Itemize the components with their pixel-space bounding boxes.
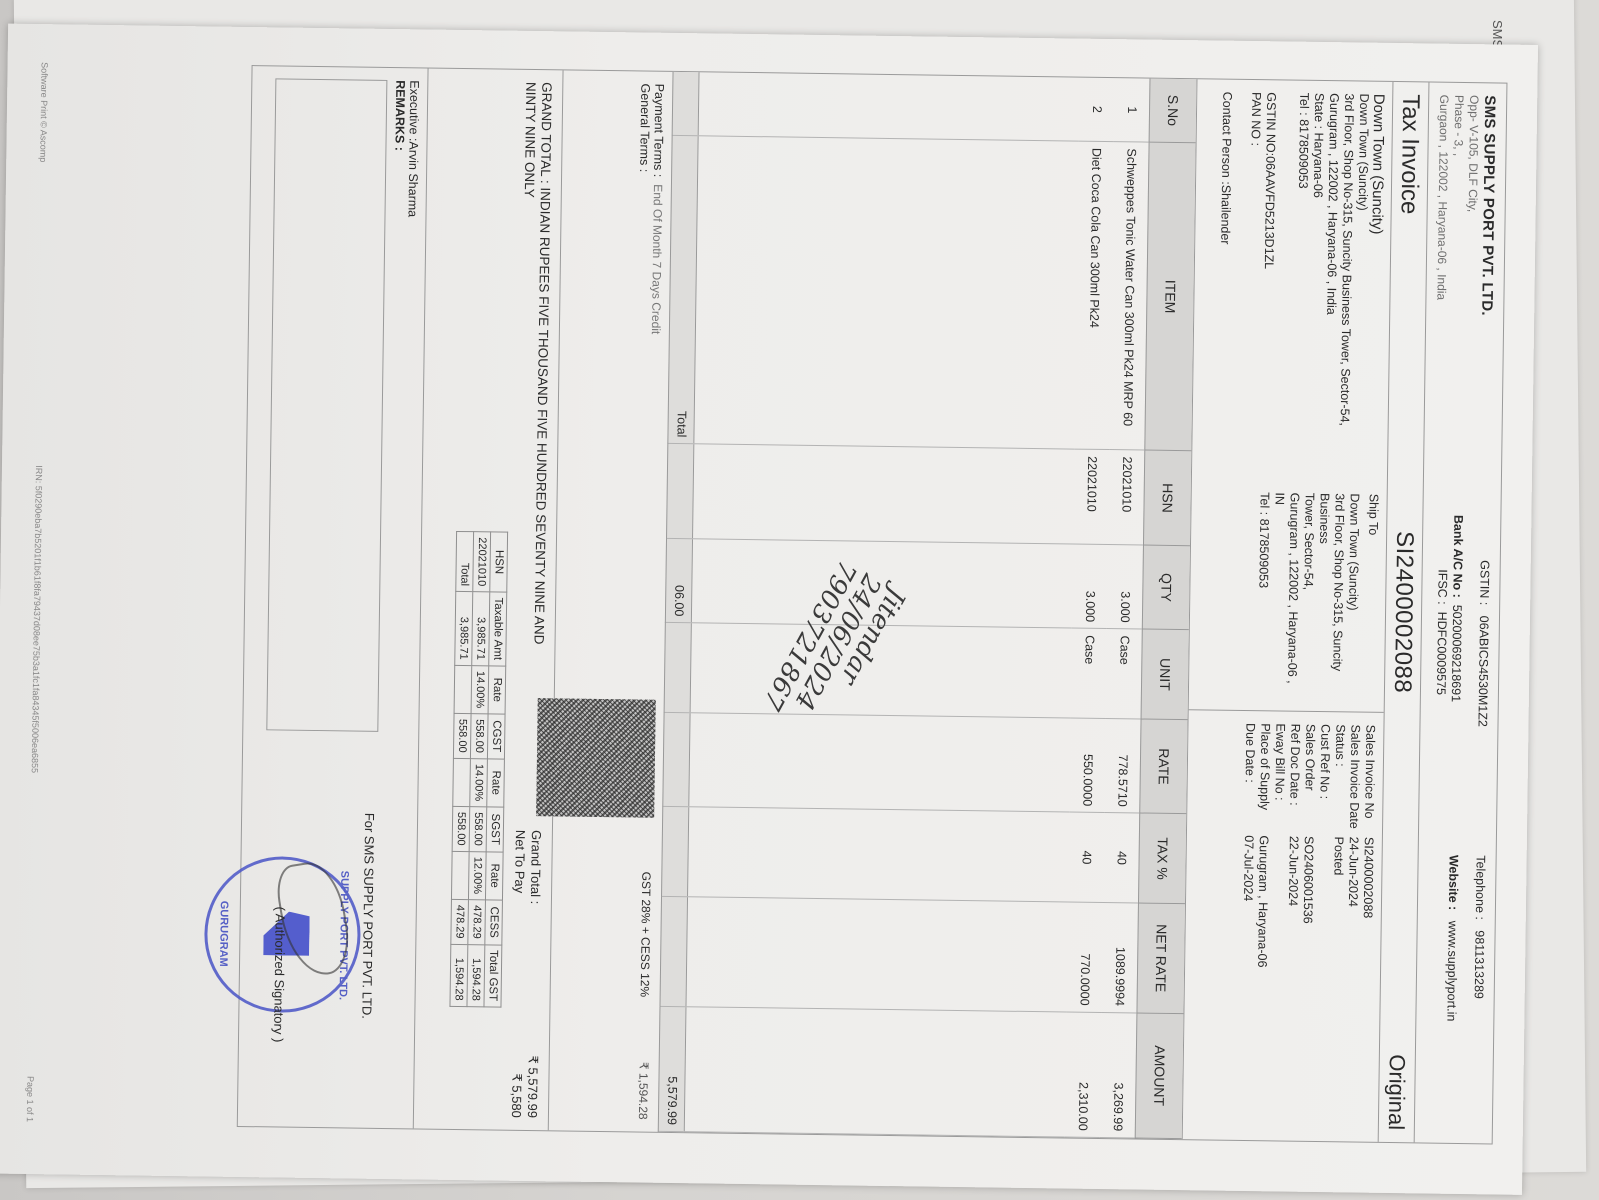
invoice-meta: Sales Invoice NoSI2400002088Sales Invoic… [1183, 709, 1384, 1142]
total-empty [662, 807, 689, 897]
cell-item: Schweppes Tonic Water Can 300ml Pk24 MRP… [1109, 142, 1149, 451]
tax-total-cell [453, 758, 471, 807]
cell-rate: 778.5710 [1104, 718, 1141, 813]
total-amount: 5,579.99 [658, 1006, 686, 1132]
authorized-signatory: ( Authorized Signatory ) [271, 906, 288, 1042]
meta-label: Ref Doc Date : [1286, 724, 1303, 836]
tax-cell: 558.00 [469, 807, 487, 852]
tax-total-cell: 1,594.28 [450, 944, 468, 1006]
cell-sno: 2 [1079, 78, 1115, 142]
meta-label: Sales Invoice Date [1346, 724, 1363, 836]
print-footer: Software Print © Ascomp IRN: 5f0290eba7b… [25, 62, 50, 1122]
cell-net-rate: 1089.9994 [1101, 902, 1138, 1012]
ifsc-label: IFSC : [1434, 515, 1450, 605]
tax-cell: 1,594.28 [467, 944, 485, 1006]
footer-section: Executive :Arvin Sharma REMARKS : For SM… [238, 66, 428, 1128]
tax-cell: 3,985.71 [472, 592, 490, 666]
total-empty [663, 712, 690, 807]
payment-terms-value: End Of Month 7 Days Credit [649, 184, 665, 334]
invoice-page: SMS SUPPLY PORT PVT. LTD. Opp- V-105, DL… [0, 24, 1538, 1195]
ship-to-line: 3rd Floor, Shop No-315, Suncity Business [1314, 493, 1347, 699]
cell-unit: Case [1106, 629, 1143, 719]
cell-amount: 2,310.00 [1065, 1012, 1102, 1138]
items-header: AMOUNT [1135, 1013, 1183, 1139]
tax-cell: 14.00% [471, 665, 489, 714]
for-company: For SMS SUPPLY PORT PVT. LTD. [359, 813, 377, 1019]
telephone-label: Telephone : [1473, 855, 1488, 920]
meta-label: Sales Invoice No [1361, 725, 1378, 837]
meta-label: Eway Bill No : [1271, 723, 1288, 835]
tax-header: Rate [488, 666, 506, 715]
items-header: ITEM [1145, 142, 1196, 451]
items-header: RATE [1140, 719, 1188, 814]
cell-net-rate: 770.0000 [1066, 902, 1103, 1012]
gst-note: GST 28% + CESS 12% [638, 872, 654, 998]
payment-terms-label: Payment Terms : [651, 84, 666, 178]
party-section: Down Town (Suncity) Down Town (Suncity) … [1182, 79, 1393, 1142]
tax-total-cell: 558.00 [452, 806, 470, 851]
meta-value: SI2400002088 [1359, 837, 1376, 977]
items-table: S.NoITEMHSNQTYUNITRATETAX %NET RATEAMOUN… [658, 72, 1197, 1139]
ship-to-line: Tel : 8178509053 [1254, 492, 1272, 698]
tax-cell: 14.00% [470, 758, 488, 807]
total-empty [664, 623, 691, 713]
cell-tax: 40 [1103, 813, 1140, 903]
gstin-label: GSTIN : [1476, 515, 1492, 605]
total-item: Total [668, 135, 698, 444]
tax-total-cell: 3,985.71 [455, 591, 473, 665]
tax-header: Total GST [484, 944, 502, 1006]
ifsc-code: HDFC0009575 [1434, 612, 1449, 696]
cell-hsn: 22021010 [1108, 450, 1145, 545]
copy-label: Original [1383, 785, 1414, 1131]
meta-value: 22-Jun-2024 [1284, 836, 1301, 976]
website-label: Website : [1446, 855, 1461, 911]
tax-cell: 12.00% [468, 851, 486, 900]
tax-summary-table: HSNTaxable AmtRateCGSTRateSGSTRateCESSTo… [449, 531, 508, 1007]
tax-total-cell [454, 665, 472, 714]
irn: IRN: 5f0290eba7b5201f1b61f8fa79437d08ee7… [30, 465, 44, 773]
tax-header: Taxable Amt [489, 592, 507, 666]
tax-header: Rate [487, 758, 505, 807]
telephone: 9811313289 [1472, 930, 1487, 999]
qr-code [536, 698, 656, 818]
invoice-number: SI2400002088 [1387, 439, 1420, 785]
terms-section: Payment Terms : End Of Month 7 Days Cred… [548, 70, 673, 1131]
bill-to: Down Town (Suncity) Down Town (Suncity) … [1192, 79, 1393, 482]
page-note: Page 1 of 1 [25, 1076, 36, 1122]
meta-label: Due Date : [1241, 723, 1258, 835]
items-header: TAX % [1138, 813, 1186, 903]
ship-to-label: Ship To [1363, 494, 1381, 700]
seal-bottom-text: GURUGRAM [216, 859, 230, 1009]
remarks-box [266, 78, 387, 732]
website: www.supplyport.in [1444, 921, 1459, 1022]
meta-label: Place of Supply [1256, 723, 1273, 835]
invoice-meta-table: Sales Invoice NoSI2400002088Sales Invoic… [1239, 723, 1378, 977]
total-empty [672, 72, 699, 136]
cell-unit: Case [1071, 628, 1107, 718]
tax-header: Rate [485, 851, 503, 900]
meta-label: Sales Order [1301, 724, 1318, 836]
total-qty: 06.00 [665, 538, 692, 623]
items-header: QTY [1142, 545, 1190, 630]
meta-value [1269, 836, 1286, 976]
tax-cell: 22021010 [473, 532, 491, 592]
cell-qty: 3.000 [1107, 544, 1144, 629]
tax-total-cell: 478.29 [451, 899, 469, 944]
meta-value [1314, 836, 1331, 976]
total-empty [660, 896, 688, 1006]
net-to-pay-label: Net To Pay [511, 830, 528, 904]
items-header: UNIT [1141, 629, 1189, 719]
document-title: Tax Invoice [1392, 94, 1425, 440]
contact-person: Contact Person :Shailender [1214, 92, 1234, 468]
tax-total-cell [451, 851, 469, 900]
company-header: SMS SUPPLY PORT PVT. LTD. Opp- V-105, DL… [1414, 82, 1507, 1143]
meta-label: Cust Ref No : [1316, 724, 1333, 836]
meta-value: Posted [1329, 836, 1346, 976]
cell-sno: 1 [1114, 78, 1150, 142]
cell-item: Diet Coca Cola Can 300ml Pk24 [1074, 141, 1113, 450]
tax-header: CGST [487, 714, 505, 759]
print-note: Software Print © Ascomp [38, 62, 49, 162]
tax-header: SGST [486, 807, 504, 852]
cell-qty: 3.000 [1072, 544, 1108, 629]
cell-rate: 550.0000 [1069, 718, 1105, 813]
meta-value: SO2406001536 [1299, 836, 1316, 976]
cell-tax: 40 [1068, 812, 1104, 902]
ship-to: Ship To Down Town (Suncity) 3rd Floor, S… [1189, 479, 1387, 712]
bank-label: Bank A/C No : [1450, 515, 1465, 598]
items-header: S.No [1149, 79, 1196, 143]
meta-value: 24-Jun-2024 [1344, 837, 1361, 977]
items-header: NET RATE [1137, 903, 1185, 1013]
tax-header: HSN [490, 532, 508, 592]
tax-cell: 558.00 [470, 714, 488, 759]
tax-total-cell: 558.00 [453, 713, 471, 758]
ship-to-line: Tower, Sector-54, [1299, 493, 1317, 699]
net-to-pay-value: ₹ 5,580 [508, 1055, 525, 1118]
tax-cell: 478.29 [468, 900, 486, 945]
ship-to-line: Down Town (Suncity) [1344, 493, 1362, 699]
meta-value: Gurugram , Haryana-06 [1254, 835, 1271, 975]
cell-amount: 3,269.99 [1100, 1012, 1137, 1138]
gst-amount: ₹ 1,594.28 [636, 1062, 651, 1120]
tax-total-cell: Total [456, 531, 474, 591]
company-gstin: 06ABICS4530M1Z2 [1475, 616, 1491, 727]
ship-to-line: Gurugram , 122002 , Haryana-06 , IN [1269, 492, 1302, 698]
bank-account: 50200069218691 [1449, 605, 1464, 703]
grand-total-value: ₹ 5,579.99 [524, 1055, 541, 1118]
tax-header: CESS [485, 900, 503, 945]
items-header: HSN [1143, 450, 1191, 545]
grand-total-label: Grand Total : [527, 830, 544, 904]
meta-label: Status : [1331, 724, 1348, 836]
cell-hsn: 22021010 [1073, 449, 1109, 544]
total-empty [667, 444, 694, 539]
grand-total-section: GRAND TOTAL : INDIAN RUPEES FIVE THOUSAN… [413, 68, 563, 1130]
